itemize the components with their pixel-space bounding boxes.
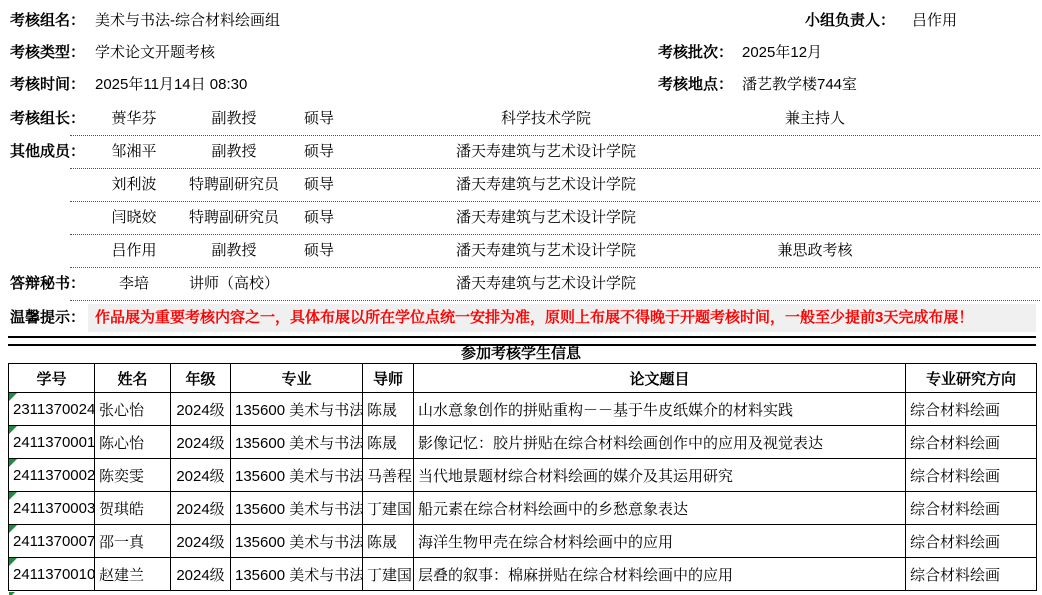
member-advisor-type: 硕导: [299, 169, 339, 201]
field-label-assessment-batch: 考核批次：: [658, 41, 733, 62]
cell-student-id: 2311370024: [9, 393, 95, 426]
cell-thesis-title: 船元素在综合材料绘画中的乡愁意象表达: [414, 492, 906, 525]
committee-row: 其他成员： 邹湘平 副教授 硕导 潘天寿建筑与艺术设计学院: [0, 136, 1042, 169]
students-table: 学号 姓名 年级 专业 导师 论文题目 专业研究方向 2311370024 张心…: [8, 363, 1037, 591]
col-header-supervisor: 导师: [363, 364, 414, 393]
member-extra-role: 兼思政考核: [715, 235, 915, 267]
member-college: 科学技术学院: [396, 103, 696, 135]
warm-tip-row: 温馨提示： 作品展为重要考核内容之一，具体布展以所在学位点统一安排为准，原则上布…: [0, 301, 1042, 335]
cell-name: 陈奕雯: [95, 459, 171, 492]
committee-row: 刘利波 特聘副研究员 硕导 潘天寿建筑与艺术设计学院: [0, 169, 1042, 202]
text-format-marker-icon: [9, 525, 17, 533]
cell-thesis-title: 当代地景题材综合材料绘画的媒介及其运用研究: [414, 459, 906, 492]
committee-row: 考核组长： 蒉华芬 副教授 硕导 科学技术学院 兼主持人: [0, 103, 1042, 136]
table-header-row: 学号 姓名 年级 专业 导师 论文题目 专业研究方向: [9, 364, 1037, 393]
warm-tip-label: 温馨提示：: [10, 301, 85, 335]
cell-grade: 2024级: [171, 393, 231, 426]
text-format-marker-icon: [9, 492, 17, 500]
cell-research-direction: 综合材料绘画: [906, 525, 1037, 558]
table-row: 2411370002 陈奕雯 2024级 135600 美术与书法 马善程 当代…: [9, 459, 1037, 492]
table-row: 2411370007 邵一真 2024级 135600 美术与书法 陈晟 海洋生…: [9, 525, 1037, 558]
text-format-marker-icon: [9, 426, 17, 434]
committee-row: 吕作用 副教授 硕导 潘天寿建筑与艺术设计学院 兼思政考核: [0, 235, 1042, 268]
field-label-group-leader: 小组负责人：: [805, 9, 895, 30]
cell-grade: 2024级: [171, 525, 231, 558]
committee-row-label: 答辩秘书：: [10, 268, 85, 300]
member-name: 李培: [94, 268, 174, 300]
table-row: 2411370001 陈心怡 2024级 135600 美术与书法 陈晟 影像记…: [9, 426, 1037, 459]
field-value-group-leader: 吕作用: [912, 9, 957, 30]
field-value-assessment-time: 2025年11月14日 08:30: [95, 73, 247, 94]
col-header-research-direction: 专业研究方向: [906, 364, 1037, 393]
member-college: 潘天寿建筑与艺术设计学院: [396, 136, 696, 168]
cell-grade: 2024级: [171, 426, 231, 459]
cell-supervisor: 马善程: [363, 459, 414, 492]
committee-row: 闫晓姣 特聘副研究员 硕导 潘天寿建筑与艺术设计学院: [0, 202, 1042, 235]
col-header-name: 姓名: [95, 364, 171, 393]
committee-row-label: 考核组长：: [10, 103, 85, 135]
cell-supervisor: 陈晟: [363, 525, 414, 558]
member-name: 吕作用: [94, 235, 174, 267]
cell-research-direction: 综合材料绘画: [906, 393, 1037, 426]
field-value-assessment-type: 学术论文开题考核: [95, 41, 215, 62]
member-title: 特聘副研究员: [184, 202, 284, 234]
cell-name: 赵建兰: [95, 558, 171, 591]
cell-name: 张心怡: [95, 393, 171, 426]
col-header-major: 专业: [231, 364, 363, 393]
cell-supervisor: 丁建国: [363, 492, 414, 525]
cell-student-id: 2411370001: [9, 426, 95, 459]
member-title: 讲师（高校）: [184, 268, 284, 300]
assessment-form-page: 考核组名： 美术与书法-综合材料绘画组 考核类型： 学术论文开题考核 考核时间：…: [0, 0, 1042, 595]
field-label-assessment-type: 考核类型：: [10, 41, 85, 62]
member-advisor-type: 硕导: [299, 202, 339, 234]
member-college: 潘天寿建筑与艺术设计学院: [396, 235, 696, 267]
member-college: 潘天寿建筑与艺术设计学院: [396, 169, 696, 201]
cell-student-id: 2411370010: [9, 558, 95, 591]
cell-grade: 2024级: [171, 459, 231, 492]
cell-major: 135600 美术与书法: [231, 393, 363, 426]
committee-section: 考核组长： 蒉华芬 副教授 硕导 科学技术学院 兼主持人 其他成员： 邹湘平 副…: [0, 103, 1042, 301]
cell-student-id: 2411370002: [9, 459, 95, 492]
member-advisor-type: 硕导: [299, 103, 339, 135]
field-value-assessment-location: 潘艺教学楼744室: [742, 73, 857, 94]
field-label-assessment-time: 考核时间：: [10, 73, 85, 94]
cell-supervisor: 陈晟: [363, 426, 414, 459]
cell-research-direction: 综合材料绘画: [906, 492, 1037, 525]
col-header-student-id: 学号: [9, 364, 95, 393]
cell-student-id: 2411370003: [9, 492, 95, 525]
committee-row-label: 其他成员：: [10, 136, 85, 168]
cell-major: 135600 美术与书法: [231, 525, 363, 558]
text-format-marker-icon: [9, 393, 17, 401]
member-name: 刘利波: [94, 169, 174, 201]
students-section-title: 参加考核学生信息: [0, 342, 1042, 363]
member-advisor-type: 硕导: [299, 235, 339, 267]
cell-name: 邵一真: [95, 525, 171, 558]
text-format-marker-icon: [9, 558, 17, 566]
member-college: 潘天寿建筑与艺术设计学院: [396, 202, 696, 234]
cell-thesis-title: 山水意象创作的拼贴重构－－基于牛皮纸媒介的材料实践: [414, 393, 906, 426]
cell-supervisor: 陈晟: [363, 393, 414, 426]
field-value-group-name: 美术与书法-综合材料绘画组: [95, 9, 280, 30]
member-college: 潘天寿建筑与艺术设计学院: [396, 268, 696, 300]
text-format-marker-icon: [9, 459, 17, 467]
field-label-assessment-location: 考核地点：: [658, 73, 733, 94]
member-name: 闫晓姣: [94, 202, 174, 234]
table-row: 2411370003 贺琪皓 2024级 135600 美术与书法 丁建国 船元…: [9, 492, 1037, 525]
cell-thesis-title: 海洋生物甲壳在综合材料绘画中的应用: [414, 525, 906, 558]
member-title: 副教授: [184, 235, 284, 267]
cell-student-id: 2411370007: [9, 525, 95, 558]
cell-major: 135600 美术与书法: [231, 459, 363, 492]
cell-research-direction: 综合材料绘画: [906, 558, 1037, 591]
member-advisor-type: 硕导: [299, 136, 339, 168]
table-row: 2311370024 张心怡 2024级 135600 美术与书法 陈晟 山水意…: [9, 393, 1037, 426]
cell-major: 135600 美术与书法: [231, 558, 363, 591]
cell-major: 135600 美术与书法: [231, 492, 363, 525]
col-header-grade: 年级: [171, 364, 231, 393]
cell-research-direction: 综合材料绘画: [906, 426, 1037, 459]
cell-thesis-title: 影像记忆：胶片拼贴在综合材料绘画创作中的应用及视觉表达: [414, 426, 906, 459]
member-name: 邹湘平: [94, 136, 174, 168]
cell-grade: 2024级: [171, 492, 231, 525]
member-extra-role: 兼主持人: [715, 103, 915, 135]
cell-supervisor: 丁建国: [363, 558, 414, 591]
col-header-thesis-title: 论文题目: [414, 364, 906, 393]
cell-research-direction: 综合材料绘画: [906, 459, 1037, 492]
member-title: 副教授: [184, 136, 284, 168]
member-title: 副教授: [184, 103, 284, 135]
table-row: 2411370010 赵建兰 2024级 135600 美术与书法 丁建国 层叠…: [9, 558, 1037, 591]
cell-major: 135600 美术与书法: [231, 426, 363, 459]
committee-row: 答辩秘书： 李培 讲师（高校） 潘天寿建筑与艺术设计学院: [0, 268, 1042, 301]
cell-name: 贺琪皓: [95, 492, 171, 525]
warm-tip-text: 作品展为重要考核内容之一，具体布展以所在学位点统一安排为准，原则上布展不得晚于开…: [95, 301, 973, 335]
cell-thesis-title: 层叠的叙事：棉麻拼贴在综合材料绘画中的应用: [414, 558, 906, 591]
member-name: 蒉华芬: [94, 103, 174, 135]
member-title: 特聘副研究员: [184, 169, 284, 201]
cell-name: 陈心怡: [95, 426, 171, 459]
field-value-assessment-batch: 2025年12月: [742, 41, 822, 62]
field-label-group-name: 考核组名：: [10, 9, 85, 30]
cell-grade: 2024级: [171, 558, 231, 591]
